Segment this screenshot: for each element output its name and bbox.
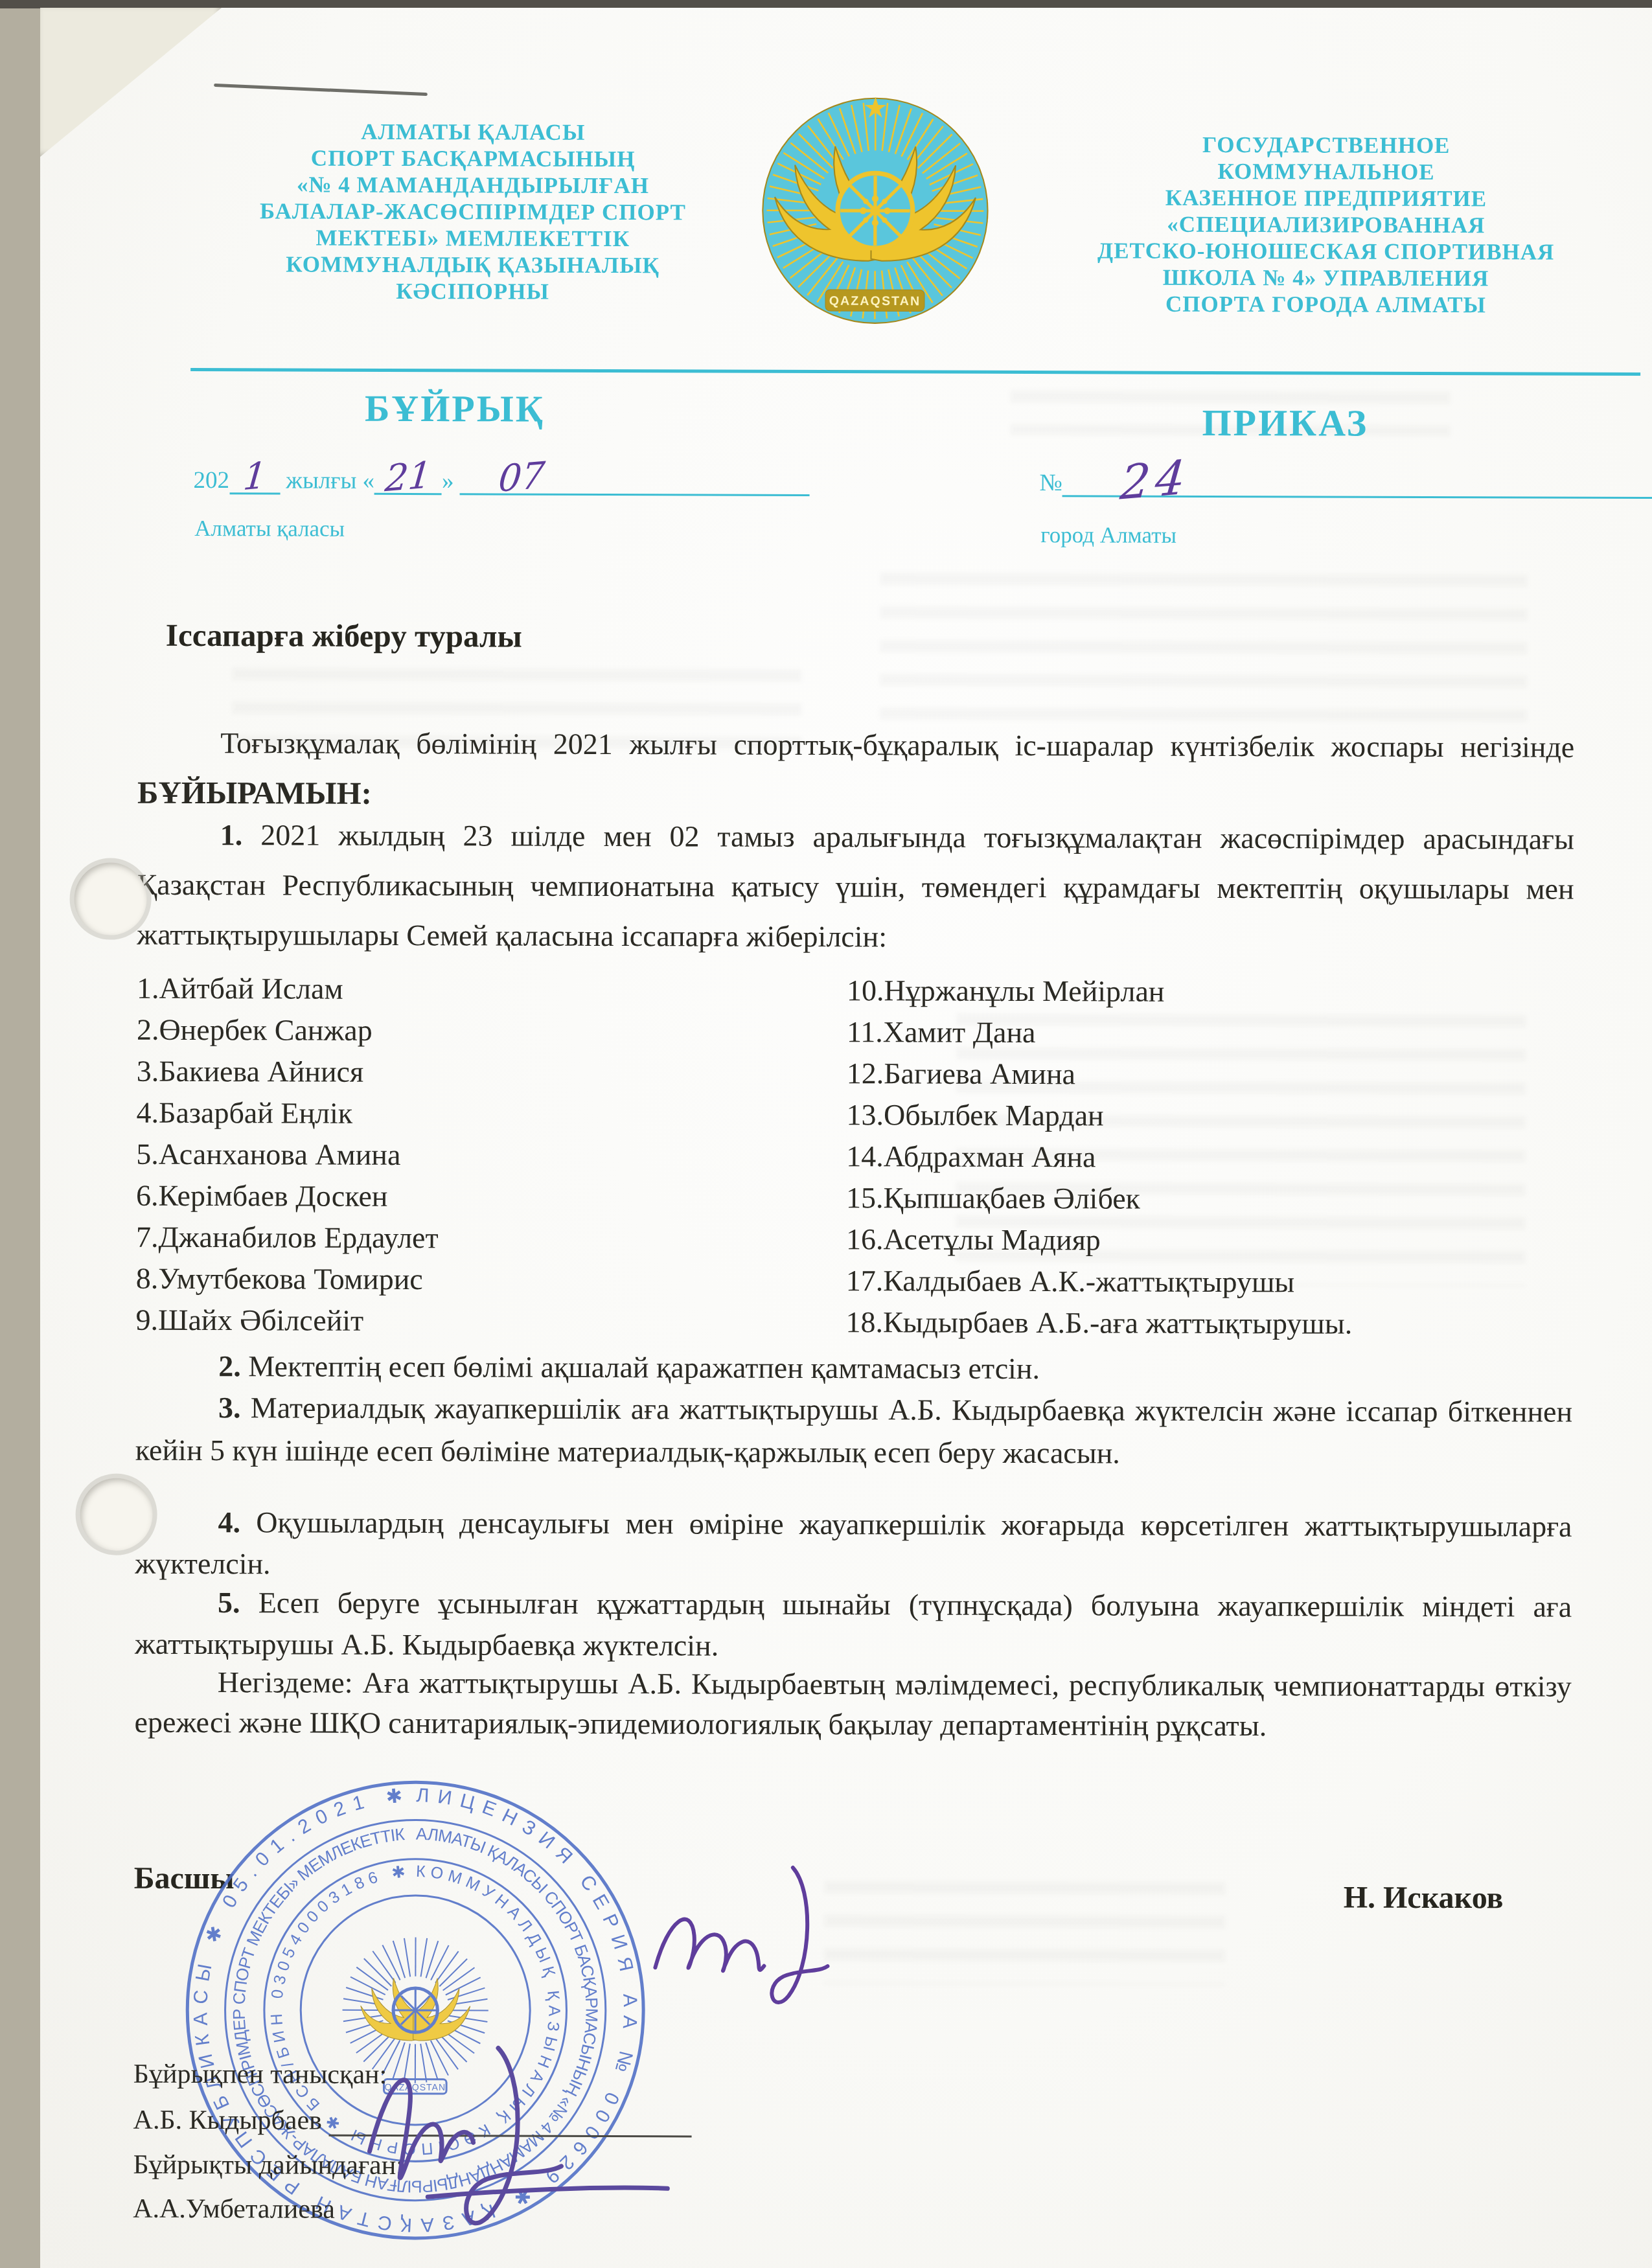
paragraph-number: 3. (218, 1391, 241, 1424)
org-name-line: КОММУНАЛДЫҚ ҚАЗЫНАЛЫҚ (214, 251, 732, 279)
intro-text: Тоғызқұмалақ бөлімінің 2021 жылғы спортт… (220, 726, 1574, 764)
participant-item: 5.Асанханова Амина (136, 1134, 823, 1177)
participants-column-left: 1.Айтбай Ислам2.Өнербек Санжар3.Бакиева … (135, 968, 823, 1343)
org-name-line: СПОРТ БАСҚАРМАСЫНЫҢ (214, 144, 732, 173)
number-label: № (1040, 470, 1062, 496)
participant-item: 11.Хамит Дана (847, 1011, 1592, 1055)
org-name-line: СПОРТА ГОРОДА АЛМАТЫ (1063, 290, 1588, 319)
org-name-line: «СПЕЦИАЛИЗИРОВАННАЯ (1064, 211, 1589, 239)
paragraph-text: 2021 жылдың 23 шілде мен 02 тамыз аралығ… (137, 818, 1574, 953)
paragraph-3: 3. Материалдық жауапкершілік аға жаттықт… (135, 1386, 1572, 1476)
kazakhstan-emblem-icon: QAZAQSTAN (754, 90, 996, 332)
paragraph-2: 2. Мектептің есеп бөлімі ақшалай қаражат… (135, 1345, 1572, 1392)
participant-item: 8.Умутбекова Томирис (136, 1258, 823, 1301)
punch-hole (80, 1478, 152, 1550)
participants-list: 1.Айтбай Ислам2.Өнербек Санжар3.Бакиева … (137, 968, 1594, 972)
org-name-line: КӘСІПОРНЫ (213, 277, 731, 306)
org-name-line: «№ 4 МАМАНДАНДЫРЫЛҒАН (214, 171, 732, 200)
participant-item: 1.Айтбай Ислам (137, 968, 823, 1011)
trainer-signature (330, 2002, 681, 2250)
participant-item: 9.Шайх Әбілсейіт (135, 1300, 822, 1343)
org-name-line: КОММУНАЛЬНОЕ (1064, 157, 1589, 186)
bleed-through (879, 572, 1528, 736)
acquainted-name: А.Б. Кыдырбаев (133, 2105, 322, 2136)
scanned-order-page: АЛМАТЫ ҚАЛАСЫСПОРТ БАСҚАРМАСЫНЫҢ«№ 4 МАМ… (0, 0, 1652, 2268)
participant-item: 13.Обылбек Мардан (846, 1094, 1591, 1138)
number-line: №24 (1040, 466, 1652, 499)
org-name-line: БАЛАЛАР-ЖАСӨСПІРІМДЕР СПОРТ (214, 198, 732, 226)
org-name-line: ГОСУДАРСТВЕННОЕ (1064, 131, 1589, 159)
participant-item: 6.Керімбаев Доскен (136, 1175, 823, 1219)
participants-column-right: 10.Нұржанұлы Мейірлан11.Хамит Дана12.Баг… (845, 970, 1592, 1346)
participant-item: 12.Багиева Амина (847, 1053, 1592, 1097)
paragraph-number: 2. (218, 1349, 241, 1382)
order-subject: Іссапарға жіберу туралы (166, 617, 522, 655)
org-name-line: МЕКТЕБІ» МЕМЛЕКЕТТІК (214, 224, 732, 253)
punch-hole (74, 862, 146, 935)
handwritten-day: 21 (384, 463, 433, 492)
participant-item: 17.Калдыбаев А.К.-жаттықтырушы (846, 1260, 1591, 1304)
date-prefix: 202 (194, 467, 230, 494)
participant-item: 18.Кыдырбаев А.Б.-аға жаттықтырушы. (845, 1301, 1590, 1346)
paragraph-number: 4. (218, 1506, 240, 1539)
director-name: Н. Искаков (1344, 1880, 1504, 1916)
paragraph-text: Мектептің есеп бөлімі ақшалай қаражатпен… (248, 1349, 1040, 1385)
paragraph-text: Материалдық жауапкершілік аға жаттықтыру… (135, 1391, 1572, 1469)
prepared-name: А.А.Умбеталиева (133, 2194, 335, 2225)
intro-paragraph: Тоғызқұмалақ бөлімінің 2021 жылғы спортт… (137, 718, 1574, 823)
date-middle: жылғы « (286, 467, 374, 494)
org-name-line: ДЕТСКО-ЮНОШЕСКАЯ СПОРТИВНАЯ (1064, 237, 1589, 266)
date-line: 2021 жылғы «21» 07 (194, 464, 810, 496)
handwritten-year: 1 (242, 463, 268, 491)
intro-resolve-word: БҰЙЫРАМЫН: (137, 775, 372, 811)
basis-paragraph: Негіздеме: Аға жаттықтырушы А.Б. Кыдырба… (134, 1662, 1571, 1747)
participant-item: 14.Абдрахман Аяна (846, 1136, 1591, 1180)
participant-item: 4.Базарбай Еңлік (136, 1092, 823, 1136)
paragraph-number: 5. (218, 1586, 240, 1619)
participant-item: 10.Нұржанұлы Мейірлан (847, 970, 1592, 1014)
handwritten-number: 24 (1119, 464, 1191, 496)
paragraph-text: Есеп беруге ұсынылған құжаттардың шынайы… (135, 1586, 1572, 1662)
participant-item: 7.Джанабилов Ердаулет (136, 1217, 823, 1260)
paragraph-4: 4. Оқушылардың денсаулығы мен өміріне жа… (135, 1502, 1572, 1589)
place-kazakh: Алматы қаласы (194, 516, 345, 542)
org-name-kazakh: АЛМАТЫ ҚАЛАСЫСПОРТ БАСҚАРМАСЫНЫҢ«№ 4 МАМ… (213, 118, 732, 306)
order-title-kazakh: БҰЙРЫҚ (303, 387, 607, 431)
order-title-russian: ПРИКАЗ (1140, 401, 1431, 445)
header-divider-line (190, 368, 1640, 376)
org-name-line: ШКОЛА № 4» УПРАВЛЕНИЯ (1064, 264, 1589, 292)
paragraph-number: 1. (220, 818, 243, 851)
participant-item: 15.Қыпшақбаев Әлібек (846, 1177, 1591, 1221)
paragraph-5: 5. Есеп беруге ұсынылған құжаттардың шын… (135, 1582, 1572, 1669)
org-name-line: АЛМАТЫ ҚАЛАСЫ (214, 118, 732, 146)
emblem-banner-text: QAZAQSTAN (829, 294, 921, 308)
participant-item: 3.Бакиева Айнися (137, 1051, 823, 1094)
date-close-quote: » (442, 468, 454, 494)
paragraph-1: 1. 2021 жылдың 23 шілде мен 02 тамыз ара… (137, 810, 1574, 964)
org-name-russian: ГОСУДАРСТВЕННОЕКОММУНАЛЬНОЕКАЗЕННОЕ ПРЕД… (1063, 131, 1589, 319)
paragraph-text: Оқушылардың денсаулығы мен өміріне жауап… (135, 1506, 1572, 1580)
handwritten-month: 07 (498, 463, 546, 492)
participant-item: 16.Асетұлы Мадияр (846, 1219, 1591, 1263)
org-name-line: КАЗЕННОЕ ПРЕДПРИЯТИЕ (1064, 184, 1589, 212)
place-russian: город Алматы (1040, 522, 1176, 549)
document-content: АЛМАТЫ ҚАЛАСЫСПОРТ БАСҚАРМАСЫНЫҢ«№ 4 МАМ… (0, 0, 1652, 2268)
participant-item: 2.Өнербек Санжар (137, 1009, 823, 1053)
